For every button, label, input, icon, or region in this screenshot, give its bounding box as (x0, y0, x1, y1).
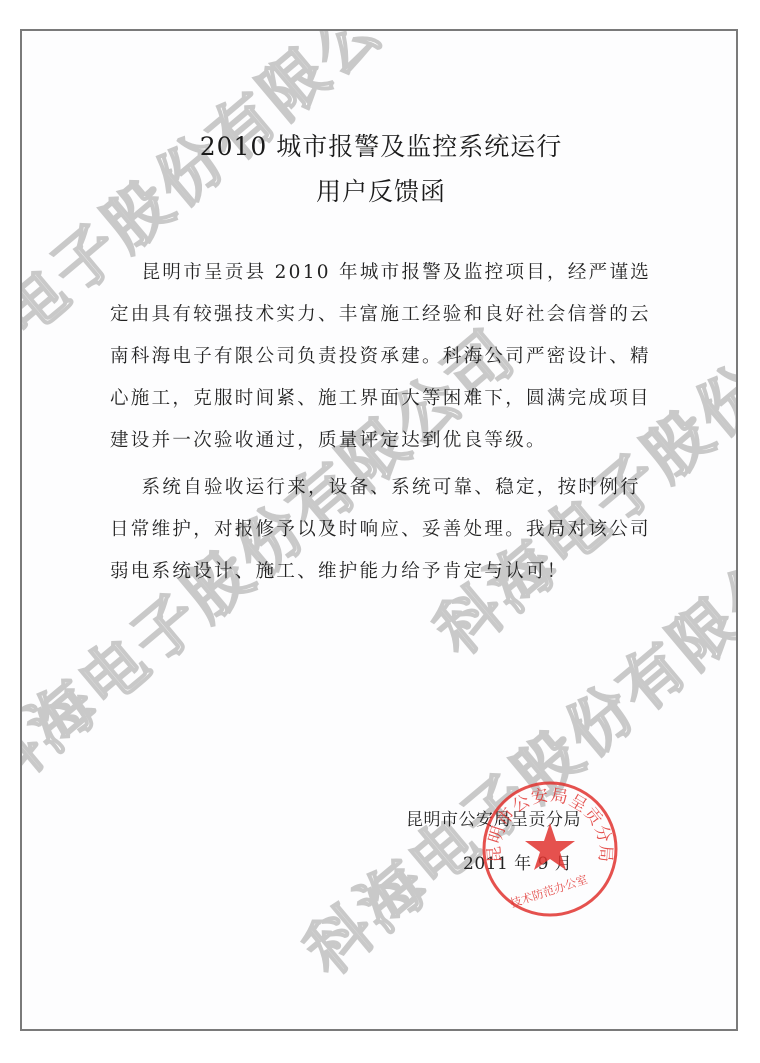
signature-date: 2011 年 9 月 (463, 849, 572, 874)
body-line: 南科海电子有限公司负责投资承建。科海公司严密设计、精 (110, 342, 651, 368)
body-line: 日常维护，对报修予以及时响应、妥善处理。我局对该公司 (110, 515, 651, 541)
stamp-inner-text: 技术防范办公室 (508, 872, 589, 910)
body-line: 弱电系统设计、施工、维护能力给予肯定与认可！ (110, 557, 568, 583)
document-page: 科海电子股份有限公司 科海电子股份有限公司 科海电子股份有限公司 科海电子股份有… (20, 29, 738, 1031)
body-line: 系统自验收运行来，设备、系统可靠、稳定，按时例行 (100, 473, 641, 499)
body-line: 昆明市呈贡县 2010 年城市报警及监控项目，经严谨选 (100, 258, 651, 284)
body-line: 定由具有较强技术实力、丰富施工经验和良好社会信誉的云 (110, 300, 651, 326)
body-line: 建设并一次验收通过，质量评定达到优良等级。 (110, 426, 547, 452)
body-line: 心施工，克服时间紧、施工界面大等困难下，圆满完成项目 (110, 384, 651, 410)
document-title-line-1: 2010 城市报警及监控系统运行 (22, 127, 738, 163)
watermark: 科海电子股份有限公司 (20, 29, 452, 442)
document-title-line-2: 用户反馈函 (22, 172, 738, 208)
watermark: 科海电子股份有限公司 (412, 165, 738, 673)
signature-organization: 昆明市公安局呈贡分局 (406, 805, 581, 830)
